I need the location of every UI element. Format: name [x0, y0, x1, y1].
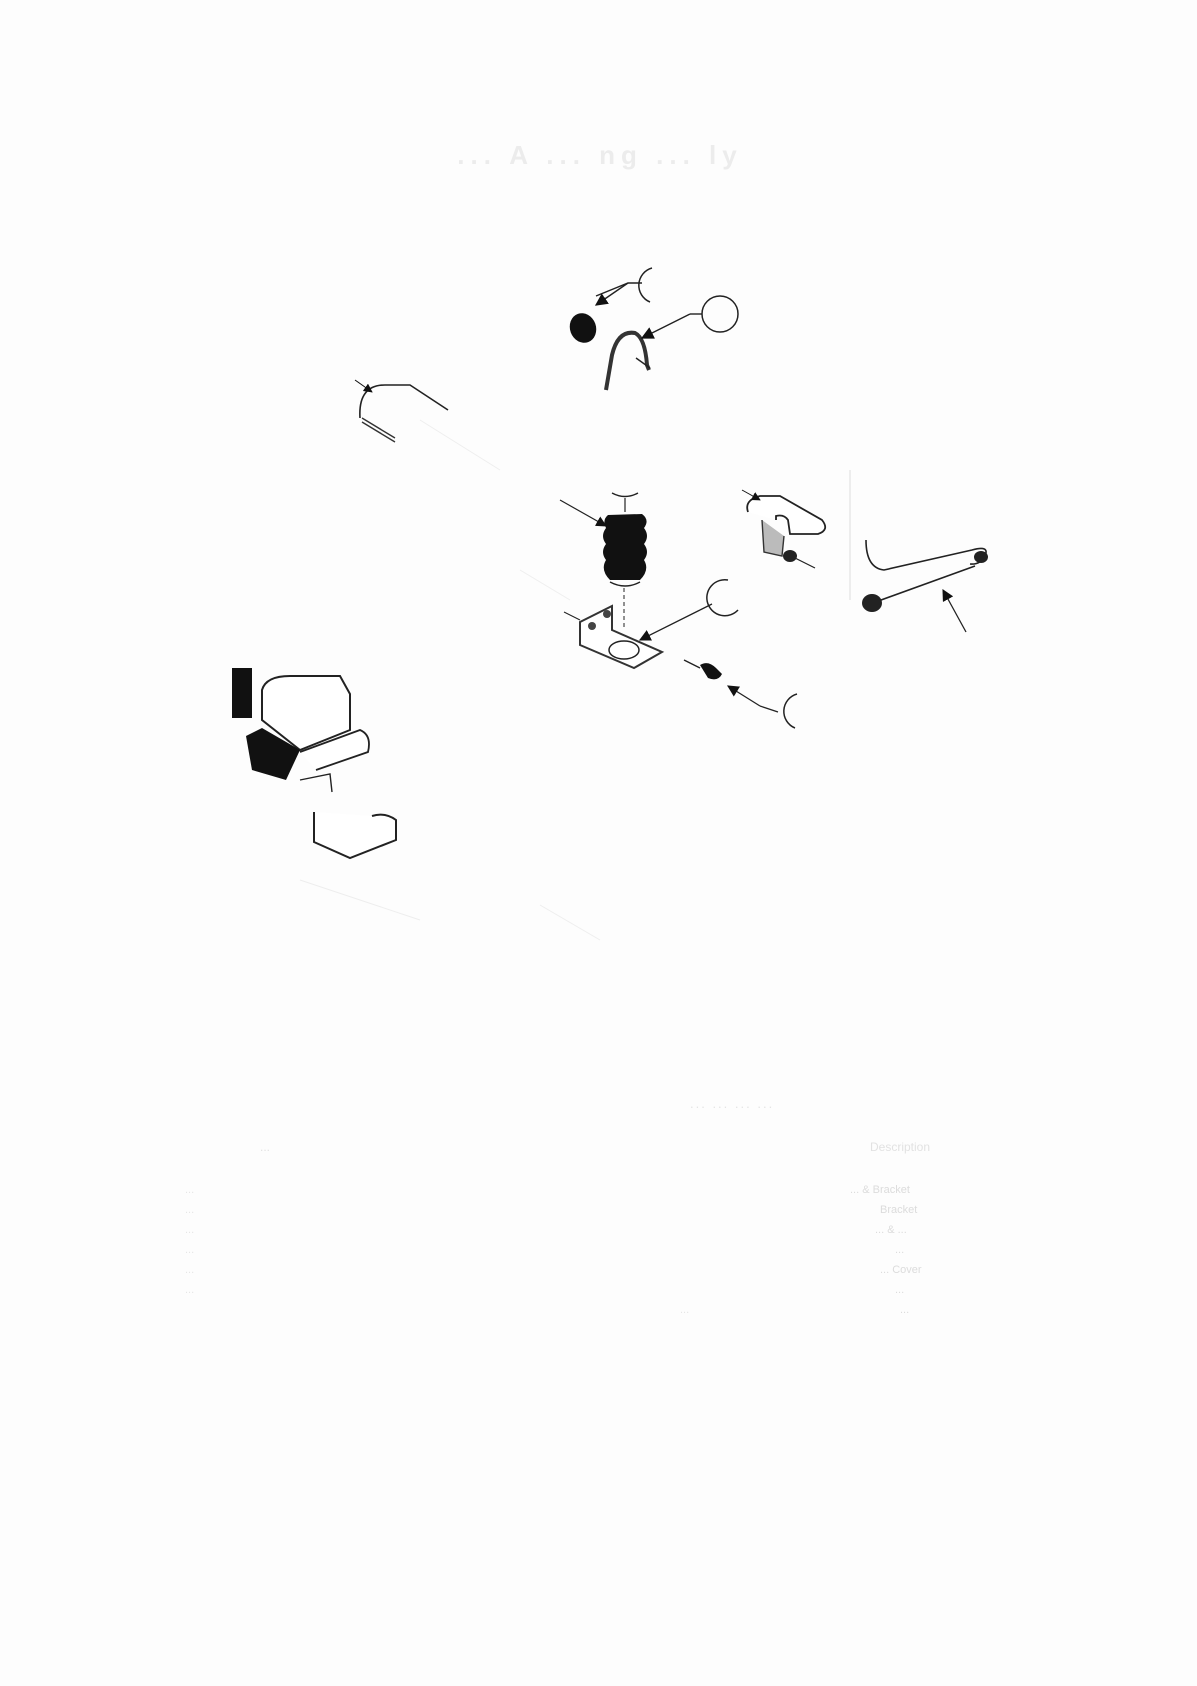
table-row-right: ... Cover — [880, 1264, 922, 1276]
table-row-right: ... — [900, 1304, 909, 1316]
table-row-left: ... — [185, 1204, 194, 1216]
table-row-right: ... & Bracket — [850, 1184, 910, 1196]
callout-bubble — [702, 296, 738, 332]
table-row-right: ... & ... — [875, 1224, 907, 1236]
table-row-left: ... — [185, 1184, 194, 1196]
table-row-right: ... — [895, 1284, 904, 1296]
callout-bubble — [707, 580, 738, 616]
link-arm-part — [850, 470, 988, 632]
faded-leaders — [300, 420, 600, 940]
exploded-parts-diagram — [0, 0, 1197, 1100]
table-row-right: ... — [895, 1244, 904, 1256]
table-header-description: Description — [870, 1140, 930, 1154]
table-row-left: ... — [680, 1304, 689, 1316]
callout-bubble — [784, 694, 797, 728]
shoe-part — [355, 380, 448, 442]
table-title: ... ... ... ... — [690, 1096, 774, 1111]
table-row-left: ... — [185, 1284, 194, 1296]
bracket-part — [564, 580, 738, 668]
lever-plate-part — [742, 490, 825, 568]
table-row-left: ... — [185, 1264, 194, 1276]
table-row-left: ... — [185, 1244, 194, 1256]
housing-part — [232, 668, 396, 858]
callout-bubble — [639, 268, 652, 302]
table-row-right: Bracket — [880, 1204, 917, 1216]
u-clip-part — [606, 296, 738, 390]
table-header-part: ... — [260, 1140, 270, 1154]
bolt-part — [684, 660, 797, 728]
table-row-left: ... — [185, 1224, 194, 1236]
